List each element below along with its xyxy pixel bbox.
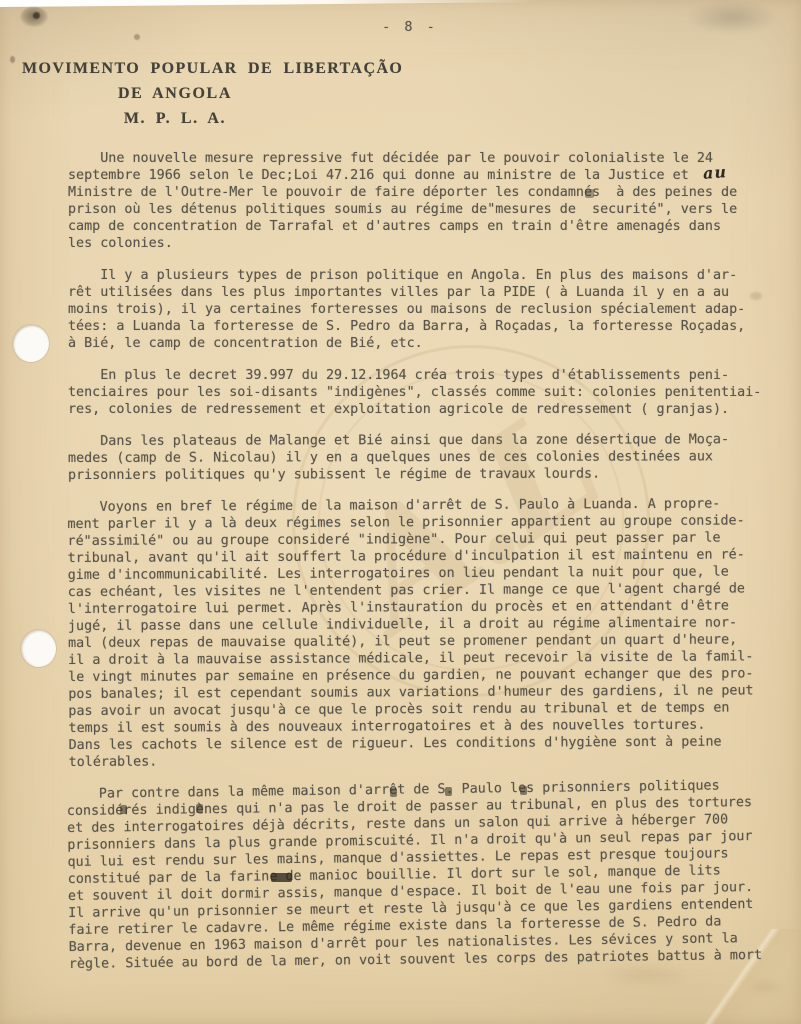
text-line: à Bié, le camp de concentration de Bié, … <box>68 335 778 352</box>
text-line: res, colonies de redressement et exploit… <box>68 401 778 418</box>
ink-speck <box>134 34 140 40</box>
text-line: prisonniers politiques qu'y subissent le… <box>68 465 778 484</box>
ink-smudge <box>20 7 48 27</box>
text-line: medes (camp de S. Nicolau) il y en a que… <box>68 448 778 467</box>
letterhead: MOVIMENTO POPULAR DE LIBERTAÇÃO DE ANGOL… <box>22 56 328 131</box>
organization-acronym: M. P. L. A. <box>22 106 328 131</box>
paragraph: Voyons en bref le régime de la maison d'… <box>67 495 778 771</box>
text-line: Ministre de l'Outre-Mer le pouvoir de fa… <box>68 184 778 201</box>
punch-hole <box>11 323 52 365</box>
paragraph: Par contre dans la même maison d'arrêt d… <box>67 777 779 973</box>
text-line: prison où les détenus politiques soumis … <box>68 201 778 218</box>
text-line: En plus le decret 39.997 du 29.12.1964 c… <box>68 367 778 384</box>
text-line: moins trois), il ya certaines forteresse… <box>68 301 778 318</box>
text-line: camp de concentration de Tarrafal et d'a… <box>68 218 778 235</box>
text-line: tées: a Luanda la forteresse de S. Pedro… <box>68 318 778 335</box>
organization-name-line2: DE ANGOLA <box>22 81 328 106</box>
text-line: septembre 1966 selon le Dec;Loi 47.216 q… <box>68 167 778 184</box>
paragraph: En plus le decret 39.997 du 29.12.1964 c… <box>68 367 778 418</box>
scanned-document-page: A.L - 8 - MOVIMENTO POPULAR DE LIBERTAÇÃ… <box>0 0 801 1024</box>
text-line: tenciaires pour les soi-disants "indigèn… <box>68 384 778 401</box>
ink-smudge <box>688 0 778 34</box>
scan-edge <box>0 0 540 7</box>
document-body: Une nouvelle mesure repressive fut décid… <box>68 150 778 988</box>
paragraph: Il y a plusieurs types de prison politiq… <box>68 267 778 352</box>
handwritten-annotation: au <box>702 162 727 183</box>
text-line: Une nouvelle mesure repressive fut décid… <box>68 150 778 167</box>
ink-speck <box>10 56 15 63</box>
paragraph: Une nouvelle mesure repressive fut décid… <box>68 150 778 252</box>
text-line: Dans les plateaus de Malange et Bié ains… <box>68 431 778 450</box>
punch-hole <box>19 628 58 668</box>
text-line: les colonies. <box>68 235 778 252</box>
ink-smudge <box>33 12 40 19</box>
text-line: rêt utilisées dans les plus importantes … <box>68 284 778 301</box>
paragraph: Dans les plateaus de Malange et Bié ains… <box>68 431 778 484</box>
organization-name: MOVIMENTO POPULAR DE LIBERTAÇÃO <box>22 56 328 81</box>
page-number: - 8 - <box>355 19 465 35</box>
text-line: Il y a plusieurs types de prison politiq… <box>68 267 778 284</box>
